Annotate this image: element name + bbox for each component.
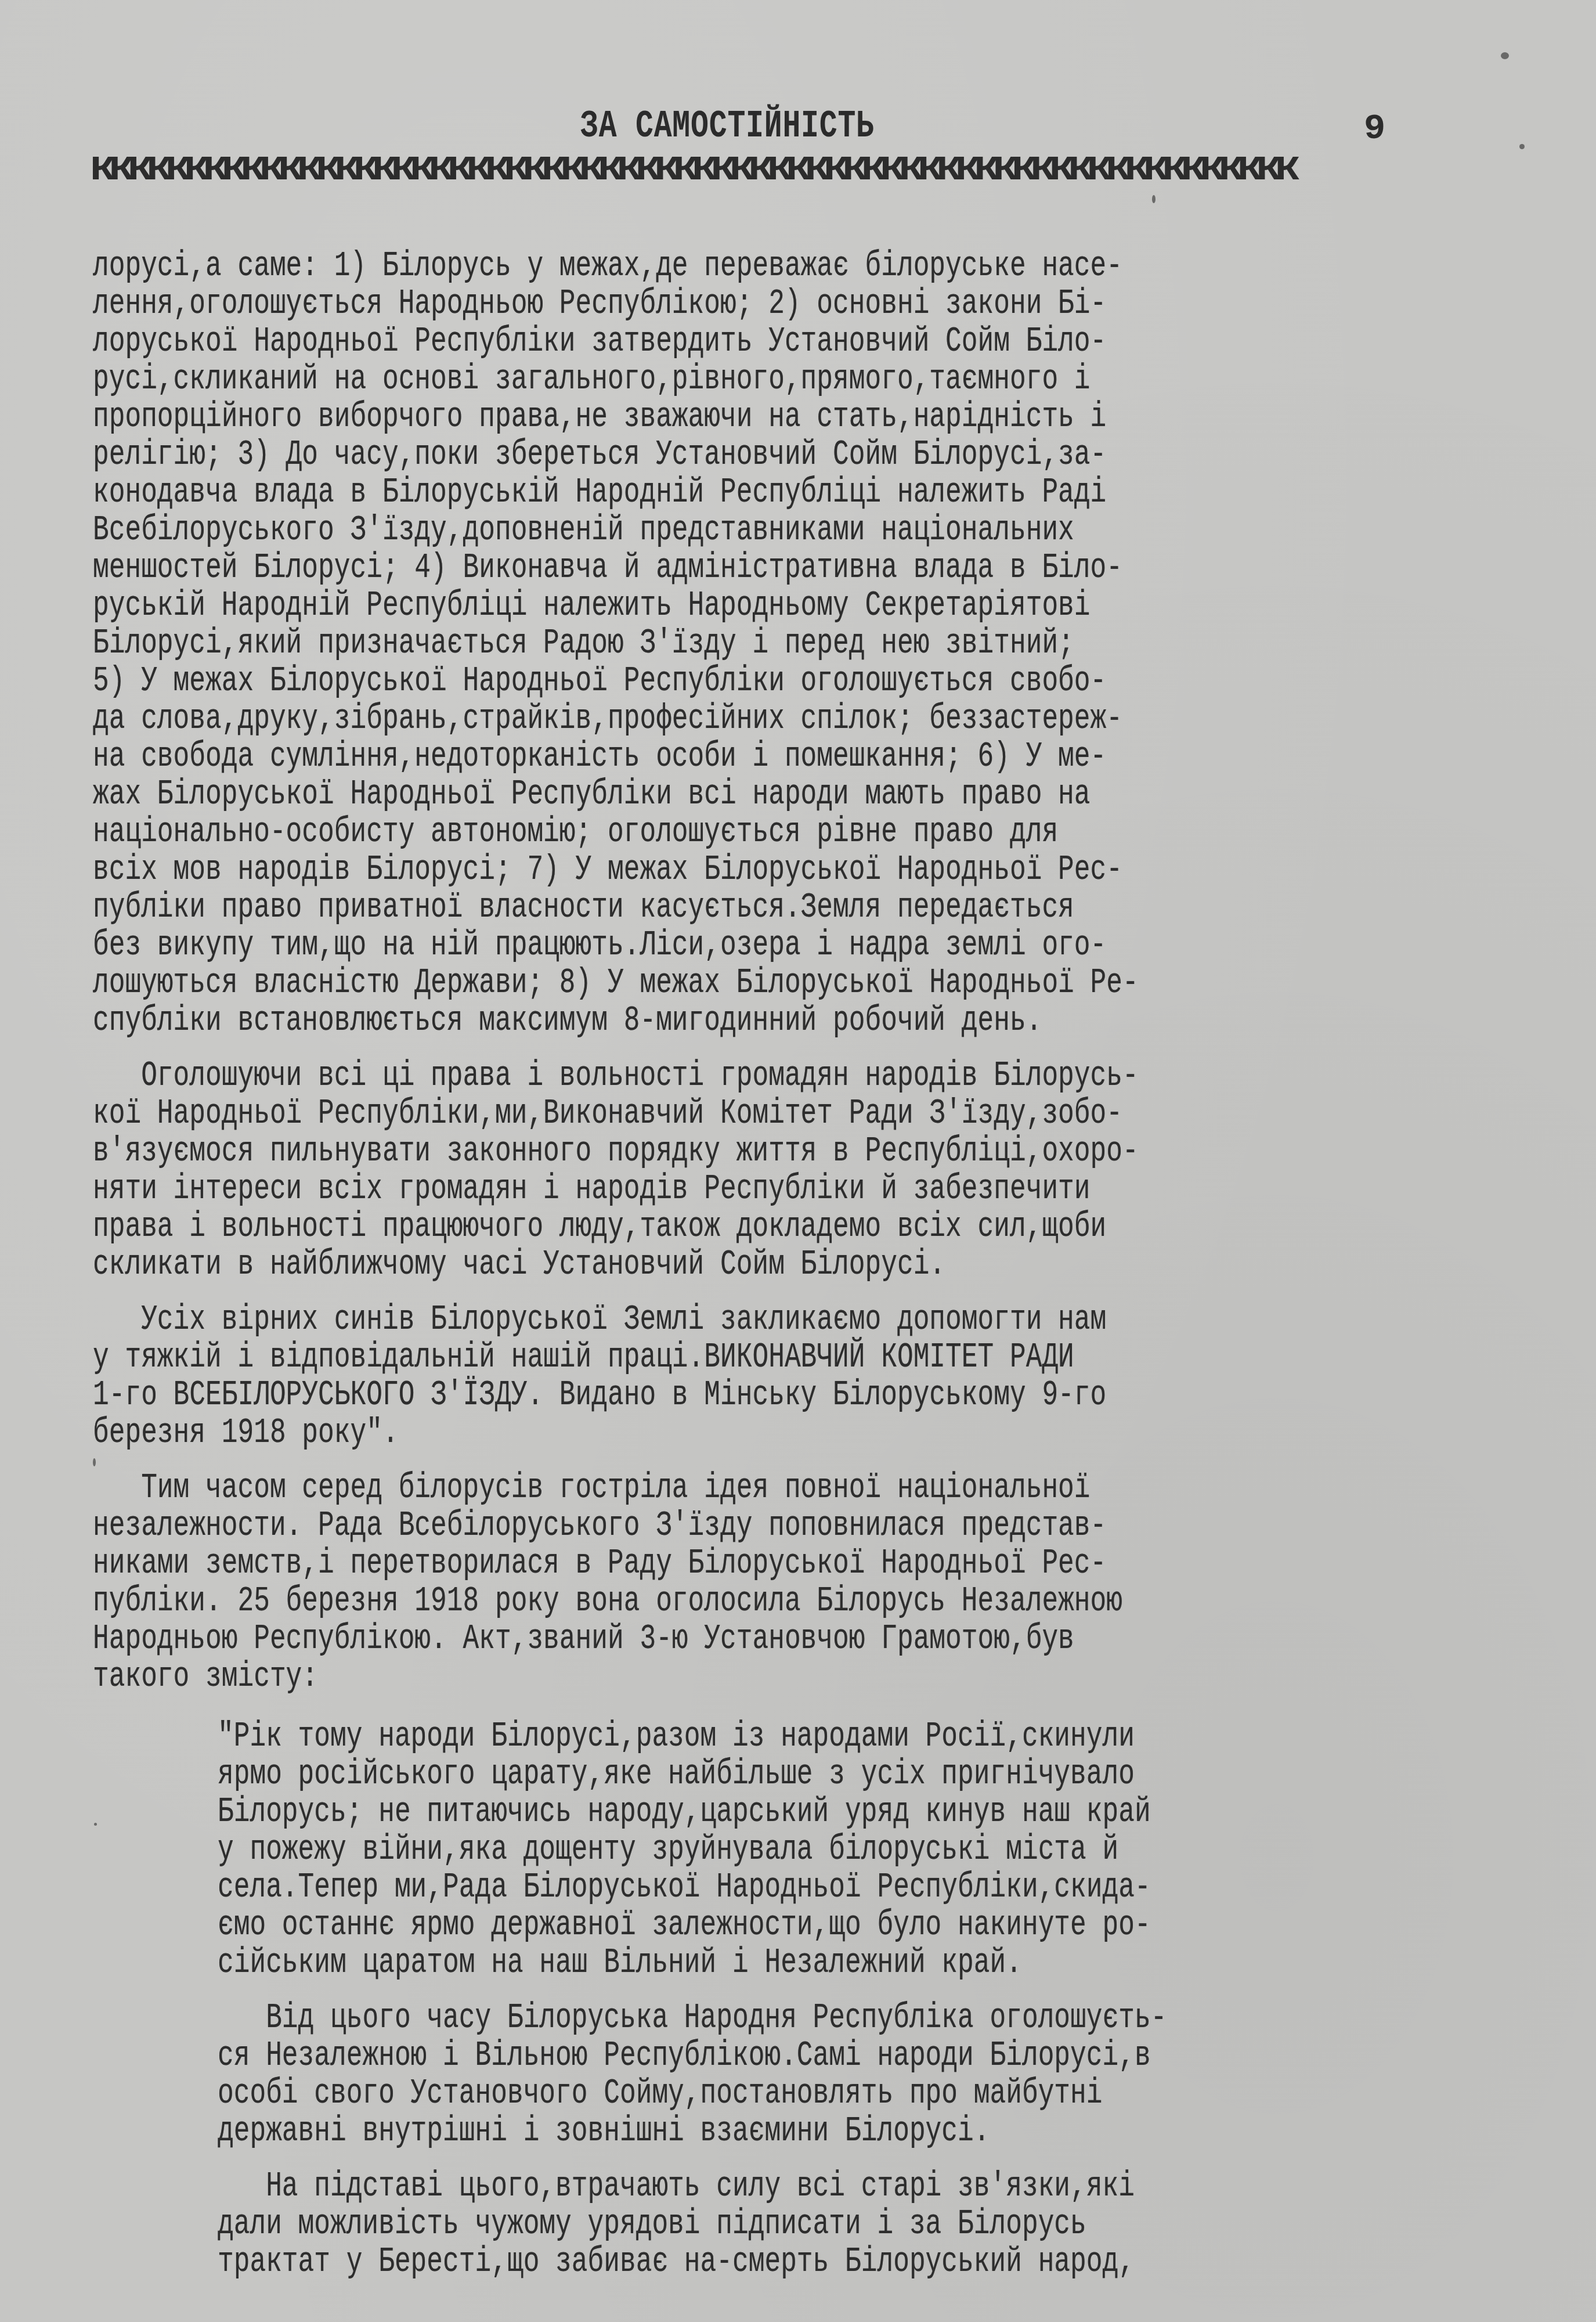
quote-paragraph-declaration: Від цього часу Білоруська Народня Респуб… — [218, 1999, 1486, 2150]
ink-speck — [94, 1823, 97, 1826]
text-line: такого змісту: — [93, 1657, 1131, 1695]
text-line: лоруської Народньої Республіки затвердит… — [93, 322, 1131, 360]
text-line: Тим часом серед білорусів гостріла ідея … — [93, 1469, 1131, 1506]
text-line: дали можливість чужому урядові підписати… — [218, 2205, 1162, 2242]
page-header: ЗА САМОСТІЙНІСТЬ 9 — [0, 104, 1596, 151]
text-line: лорусі,а саме: 1) Білорусь у межах,де пе… — [93, 247, 1131, 284]
text-line: 5) У межах Білоруської Народньої Республ… — [93, 662, 1131, 700]
text-line: конодавча влада в Білоруській Народній Р… — [93, 473, 1131, 511]
text-line: березня 1918 року". — [93, 1414, 1131, 1451]
text-line: руській Народній Республіці належить Нар… — [93, 586, 1131, 624]
paragraph-appeal: Усіх вірних синів Білоруської Землі закл… — [93, 1300, 1486, 1451]
typed-divider-rule: кккккккккккккккккккккккккккккккккккккккк… — [90, 145, 1454, 192]
text-line: національно-особисту автономію; оголошує… — [93, 813, 1131, 850]
ink-speck — [93, 1458, 96, 1466]
text-line: Оголошуючи всі ці права і вольності гром… — [93, 1057, 1131, 1094]
ink-speck — [1152, 195, 1156, 203]
typewritten-page: ЗА САМОСТІЙНІСТЬ 9 ккккккккккккккккккккк… — [0, 0, 1596, 2322]
text-line: публіки право приватної власности касуєт… — [93, 888, 1131, 926]
text-line: няти інтереси всіх громадян і народів Ре… — [93, 1170, 1131, 1207]
text-line: никами земств,і перетворилася в Раду Біл… — [93, 1544, 1131, 1582]
text-line: на свобода сумління,недоторканість особи… — [93, 737, 1131, 775]
text-line: 1-го ВСЕБІЛОРУСЬКОГО З'ЇЗДУ. Видано в Мі… — [93, 1376, 1131, 1414]
paragraph-declaration-points: лорусі,а саме: 1) Білорусь у межах,де пе… — [93, 247, 1486, 1039]
text-line: релігію; 3) До часу,поки збереться Устан… — [93, 435, 1131, 473]
paragraph-independence: Тим часом серед білорусів гостріла ідея … — [93, 1469, 1486, 1695]
text-line: Народньою Республікою. Акт,званий 3-ю Ус… — [93, 1620, 1131, 1657]
document-body: лорусі,а саме: 1) Білорусь у межах,де пе… — [93, 247, 1486, 2280]
ink-speck — [1519, 144, 1525, 149]
text-line: жах Білоруської Народньої Республіки всі… — [93, 775, 1131, 813]
text-line: скликати в найближчому часі Установчий С… — [93, 1245, 1131, 1283]
text-line: ємо останнє ярмо державної залежности,що… — [218, 1906, 1162, 1944]
paragraph-gap — [93, 1283, 1486, 1300]
paragraph-gap — [93, 1695, 1486, 1717]
paragraph-gap — [93, 1451, 1486, 1469]
page-number: 9 — [1364, 108, 1385, 149]
text-line: На підставі цього,втрачають силу всі ста… — [218, 2167, 1162, 2205]
text-line: ся Незалежною і Вільною Республікою.Самі… — [218, 2036, 1162, 2074]
quote-paragraph-treaty: На підставі цього,втрачають силу всі ста… — [218, 2167, 1486, 2280]
ink-speck — [1501, 52, 1509, 59]
text-line: без викупу тим,що на ній працюють.Ліси,о… — [93, 926, 1131, 964]
text-line: Білорусь; не питаючись народу,царський у… — [218, 1793, 1162, 1830]
text-line: села.Тепер ми,Рада Білоруської Народньої… — [218, 1868, 1162, 1906]
text-line: пропорційного виборчого права,не зважаюч… — [93, 398, 1131, 435]
text-line: Усіх вірних синів Білоруської Землі закл… — [93, 1300, 1131, 1338]
paragraph-gap — [93, 2150, 1486, 2167]
text-line: да слова,друку,зібрань,страйків,професій… — [93, 700, 1131, 737]
text-line: в'язуємося пильнувати законного порядку … — [93, 1132, 1131, 1170]
text-line: у пожежу війни,яка дощенту зруйнувала бі… — [218, 1830, 1162, 1868]
text-line: русі,скликаний на основі загального,рівн… — [93, 360, 1131, 398]
paragraph-gap — [93, 1981, 1486, 1999]
text-line: Всебілоруського З'їзду,доповненій предст… — [93, 511, 1131, 549]
text-line: Білорусі,який призначається Радою З'їзду… — [93, 624, 1131, 662]
paragraph-gap — [93, 1039, 1486, 1057]
text-line: сійським царатом на наш Вільний і Незале… — [218, 1944, 1162, 1981]
text-line: державні внутрішні і зовнішні взаємини Б… — [218, 2112, 1162, 2150]
text-line: публіки. 25 березня 1918 року вона оголо… — [93, 1582, 1131, 1620]
text-line: кої Народньої Республіки,ми,Виконавчий К… — [93, 1094, 1131, 1132]
text-line: незалежности. Рада Всебілоруського З'їзд… — [93, 1506, 1131, 1544]
text-line: лошуються власністю Держави; 8) У межах … — [93, 964, 1131, 1001]
text-line: Від цього часу Білоруська Народня Респуб… — [218, 1999, 1162, 2036]
text-line: права і вольності працюючого люду,також … — [93, 1207, 1131, 1245]
text-line: трактат у Бересті,що забиває на-смерть Б… — [218, 2242, 1162, 2280]
text-line: спубліки встановлюється максимум 8-мигод… — [93, 1001, 1131, 1039]
paragraph-proclamation: Оголошуючи всі ці права і вольності гром… — [93, 1057, 1486, 1283]
quote-paragraph-charter-intro: "Рік тому народи Білорусі,разом із народ… — [218, 1717, 1486, 1981]
running-title: ЗА САМОСТІЙНІСТЬ — [580, 104, 875, 148]
text-line: особі свого Установчого Сойму,постановля… — [218, 2074, 1162, 2112]
text-line: лення,оголошується Народньою Республікою… — [93, 284, 1131, 322]
text-line: у тяжкій і відповідальній нашій праці.ВИ… — [93, 1338, 1131, 1376]
text-line: ярмо російського царату,яке найбільше з … — [218, 1755, 1162, 1793]
text-line: меншостей Білорусі; 4) Виконавча й адмін… — [93, 549, 1131, 586]
text-line: "Рік тому народи Білорусі,разом із народ… — [218, 1717, 1162, 1755]
text-line: всіх мов народів Білорусі; 7) У межах Бі… — [93, 850, 1131, 888]
